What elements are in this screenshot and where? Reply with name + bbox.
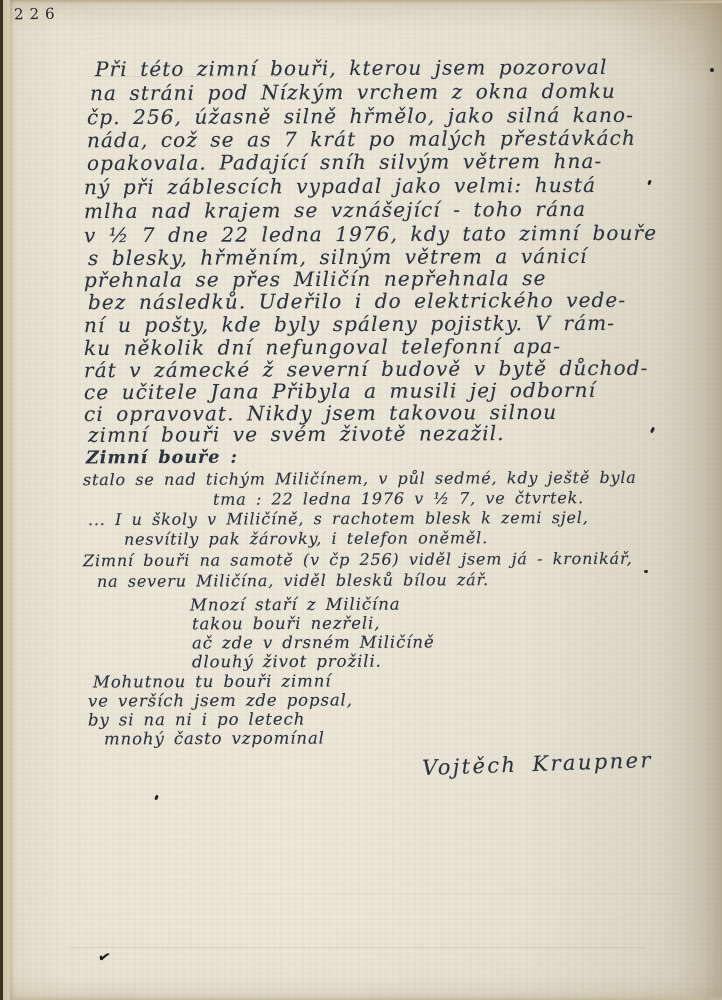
manuscript-line: Mnozí staří z Miličína [190, 595, 401, 615]
manuscript-line: mlha nad krajem se vznášející - toho rán… [84, 197, 586, 223]
manuscript-line: Zimní bouři na samotě (v čp 256) viděl j… [83, 549, 633, 570]
manuscript-line: nesvítily pak žárovky, i telefon oněměl. [124, 528, 488, 549]
ink-speck [647, 180, 652, 186]
manuscript-line: ... I u školy v Miličíně, s rachotem ble… [88, 508, 589, 529]
paper-crease [70, 947, 645, 948]
manuscript-line: stalo se nad tichým Miličínem, v půl sed… [83, 468, 637, 489]
manuscript-line: Zimní bouře : [86, 448, 238, 469]
checkmark-icon: ✔ [96, 947, 112, 967]
manuscript-line: na stráni pod Nízkým vrchem z okna domku [90, 79, 616, 105]
manuscript-line: Mohutnou tu bouři zimní [93, 671, 331, 691]
manuscript-line: ač zde v drsném Miličíně [192, 632, 435, 652]
paper-crease [240, 893, 680, 894]
manuscript-line: mnohý často vzpomínal [104, 729, 325, 749]
manuscript-line: ný při záblescích vypadal jako velmi: hu… [84, 173, 596, 199]
scanned-chronicle-page: 226 Při této zimní bouři, kterou jsem po… [0, 0, 722, 1000]
manuscript-line: takou bouři nezřeli, [192, 614, 380, 634]
signature: Vojtěch Kraupner [422, 748, 654, 780]
page-number: 226 [14, 5, 61, 24]
binding-edge-tan [3, 0, 10, 1000]
ink-speck [154, 795, 159, 801]
manuscript-line: ve verších jsem zde popsal, [88, 690, 353, 710]
page-corner-shadow [592, 0, 722, 90]
manuscript-line: dlouhý život prožili. [192, 652, 382, 672]
manuscript-line: Při této zimní bouři, kterou jsem pozoro… [95, 55, 608, 81]
ink-speck [650, 427, 655, 434]
manuscript-line: by si na ni i po letech [88, 710, 305, 730]
page-edge-top [0, 0, 722, 3]
page-edge-bottom [0, 995, 722, 1000]
manuscript-line: zimní bouři ve svém životě nezažil. [88, 421, 505, 447]
manuscript-line: na severu Miličína, viděl blesků bílou z… [97, 570, 489, 591]
manuscript-line: opakovala. Padající sníh silvým větrem h… [87, 149, 602, 175]
binding-edge-dark [0, 0, 3, 1000]
ink-speck [644, 570, 648, 573]
manuscript-line: tma : 22 ledna 1976 v ½ 7, ve čtvrtek. [213, 488, 584, 509]
